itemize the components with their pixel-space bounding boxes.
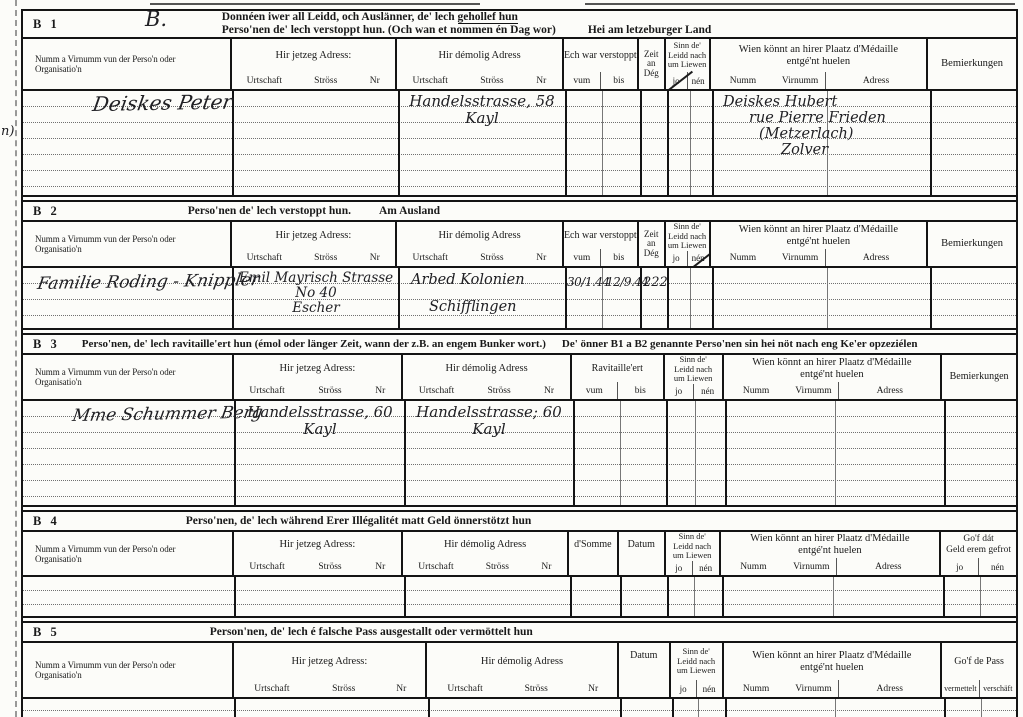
margin-annotation: n) (1, 124, 14, 139)
former-address-header: Hir démolig Adress (403, 355, 570, 382)
ruled-line (23, 481, 1016, 497)
section-b2-column-headers: Numm a Virnumm vun der Perso'n oder Orga… (23, 222, 1016, 268)
numm-label: Numm (711, 72, 776, 89)
section-b5-title-row: B 5 Person'nen, de' lech é falsche Pass … (23, 623, 1016, 643)
column-divider-minor (835, 699, 836, 717)
handwritten-street: Arbed Kolonien (411, 272, 525, 288)
nr-label: Nr (521, 249, 562, 266)
ruled-line (23, 711, 1016, 717)
nr-label: Nr (526, 558, 567, 575)
binding-margin-line (15, 0, 17, 717)
section-b3-column-headers: Numm a Virnumm vun der Perso'n oder Orga… (23, 355, 1016, 401)
wien-line1: Wien könnt an hirer Plaatz d'Médaille (739, 44, 898, 56)
section-b1-label: B 1 (33, 17, 60, 32)
nr-label: Nr (521, 72, 562, 89)
pass-provided-header: Go'f de Pass (942, 643, 1016, 680)
medal-recipient-town: Zolver (781, 142, 886, 158)
section-b2-title-row: B 2 Perso'nen de' lech verstoppt hun. Am… (23, 202, 1016, 222)
liewen-label: um Liewen (668, 60, 706, 70)
name-column-header: Numm a Virnumm vun der Perso'n oder Orga… (23, 222, 230, 266)
column-divider (667, 577, 669, 616)
b4-data-area (23, 577, 1016, 616)
gof-line1: Go'f dát (963, 534, 993, 545)
b1-col-alive: Sinn de' Leidd nach um Liewen jo nén (666, 39, 711, 89)
handwritten-b-mark: B. (145, 7, 167, 31)
resistance-form: B 1 B. Donnéen iwer all Leidd, och Auslä… (21, 9, 1018, 717)
adress-label: Adress (838, 382, 940, 399)
ruled-line (23, 171, 1016, 187)
alive-subheader: jo nén (665, 384, 722, 400)
b1-col-current-address: Hir jetzeg Adress: Urtschaft Ströss Nr (232, 39, 398, 89)
urtschaft-label: Urtschaft (234, 680, 311, 697)
column-divider (428, 699, 430, 717)
nr-label: Nr (377, 680, 425, 697)
adress-label: Adress (825, 72, 926, 89)
remarks-header: Bemierkungen (942, 355, 1016, 399)
ruled-line (23, 605, 1016, 616)
b5-col-medal-recipient: Wien könnt an hirer Plaatz d'Médaille en… (724, 643, 943, 697)
column-divider (620, 699, 622, 717)
handwritten-former-address: Arbed Kolonien Schifflingen (411, 272, 525, 315)
column-divider (570, 577, 572, 616)
urtschaft-label: Urtschaft (232, 249, 297, 266)
b4-col-former-address: Hir démolig Adress Urtschaft Ströss Nr (403, 532, 569, 575)
column-divider-minor (690, 91, 691, 195)
ruled-line (23, 497, 1016, 505)
hidden-period-subheader: vum bis (564, 249, 637, 266)
ruled-line (23, 449, 1016, 465)
name-column-header: Numm a Virnumm vun der Perso'n oder Orga… (23, 532, 232, 575)
column-divider (725, 401, 727, 505)
section-b4: B 4 Perso'nen, de' lech während Erer Ill… (23, 510, 1016, 618)
jo-label: jo (671, 680, 696, 697)
urtschaft-label: Urtschaft (232, 72, 297, 89)
jo-label: jo (666, 72, 687, 89)
liewen-label: um Liewen (673, 551, 711, 561)
section-b1: B 1 B. Donnéen iwer all Leidd, och Auslä… (23, 9, 1016, 197)
section-b1-title: Donnéen iwer all Leidd, och Auslänner, d… (222, 11, 712, 37)
stross-label: Ströss (469, 558, 526, 575)
column-divider-minor (690, 268, 691, 328)
column-divider (666, 401, 668, 505)
wien-line1: Wien könnt an hirer Plaatz d'Médaille (752, 357, 911, 369)
current-address-header: Hir jetzeg Adress: (234, 355, 402, 382)
handwritten-current-address: Handelsstrasse, 60 Kayl (239, 404, 401, 438)
virnumm-label: Virnumm (775, 249, 825, 266)
wien-line2: entgé'nt huelen (787, 236, 850, 248)
alive-header: Sinn de' Leidd nach um Liewen (665, 355, 722, 384)
nr-label: Nr (354, 72, 395, 89)
b5-col-former-address: Hir démolig Adress Urtschaft Ströss Nr (427, 643, 619, 697)
b1-title-line2: Perso'nen de' lech verstoppt hun. (Och w… (222, 24, 712, 37)
stross-label: Ströss (301, 558, 360, 575)
gof-line2: Geld erem gefrot (946, 545, 1011, 556)
current-address-subheader: Urtschaft Ströss Nr (232, 249, 396, 266)
ruled-line (23, 465, 1016, 481)
urtschaft-label: Urtschaft (234, 382, 301, 399)
virnumm-label: Virnumm (789, 382, 839, 399)
nr-label: Nr (359, 558, 401, 575)
former-address-subheader: Urtschaft Ströss Nr (403, 382, 570, 399)
liewen-label: um Liewen (677, 666, 715, 676)
b5-col-current-address: Hir jetzeg Adress: Urtschaft Ströss Nr (234, 643, 428, 697)
scan-artifact (585, 3, 1015, 5)
column-divider (404, 401, 406, 505)
pass-provided-subheader: vermettelt verschäft (942, 680, 1016, 697)
days-header: Zeit an Dég (639, 39, 664, 89)
column-divider (573, 401, 575, 505)
column-divider (725, 699, 727, 717)
stross-label: Ströss (463, 72, 521, 89)
ruled-line (23, 316, 1016, 328)
vermettelt-label: vermettelt (942, 680, 978, 697)
medal-recipient-header: Wien könnt an hirer Plaatz d'Médaille en… (711, 39, 927, 72)
b1-data-area: Deiskes Peter Handelsstrasse, 58 Kayl De… (23, 91, 1016, 195)
b2-col-days: Zeit an Dég (639, 222, 666, 266)
days-header: Zeit an Dég (639, 222, 664, 266)
wien-line1: Wien könnt an hirer Plaatz d'Médaille (739, 224, 898, 236)
b3-data-area: Mme Schummer Berg Handelsstrasse, 60 Kay… (23, 401, 1016, 505)
b2-col-remarks: Bemierkungen (928, 222, 1016, 266)
former-address-subheader: Urtschaft Ströss Nr (397, 249, 562, 266)
column-divider (930, 91, 932, 195)
column-divider-minor (980, 577, 981, 616)
handwritten-date-from: 30/1.44 (567, 275, 610, 289)
handwritten-former-address: Handelsstrasse; 60 Kayl (409, 404, 569, 438)
b3-col-alive: Sinn de' Leidd nach um Liewen jo nén (665, 355, 724, 399)
b1-col-remarks: Bemierkungen (928, 39, 1016, 89)
date-header: Datum (619, 532, 664, 575)
medal-recipient-subheader: Numm Virnumm Adress (711, 72, 927, 89)
column-divider (565, 91, 567, 195)
section-b4-column-headers: Numm a Virnumm vun der Perso'n oder Orga… (23, 532, 1016, 577)
column-divider (722, 577, 724, 616)
b3-col-name: Numm a Virnumm vun der Perso'n oder Orga… (23, 355, 234, 399)
deg-label: Dég (644, 69, 659, 79)
former-address-subheader: Urtschaft Ströss Nr (397, 72, 562, 89)
medal-recipient-header: Wien könnt an hirer Plaatz d'Médaille en… (721, 532, 940, 558)
handwritten-street: Handelsstrasse, 58 (403, 93, 561, 110)
b4-col-amount: d'Somme (569, 532, 619, 575)
ruled-line (23, 187, 1016, 195)
section-b2-title-right: Am Ausland (379, 205, 440, 217)
bis-label: bis (600, 72, 637, 89)
wien-line1: Wien könnt an hirer Plaatz d'Médaille (750, 533, 909, 545)
medal-recipient-subheader: Numm Virnumm Adress (711, 249, 927, 266)
vum-label: vum (572, 382, 617, 399)
alive-header: Sinn de' Leidd nach um Liewen (666, 39, 709, 72)
b1-col-name: Numm a Virnumm vun der Perso'n oder Orga… (23, 39, 232, 89)
b1-col-former-address: Hir démolig Adress Urtschaft Ströss Nr (397, 39, 564, 89)
b3-col-supplied-period: Ravitaille'ert vum bis (572, 355, 665, 399)
jo-label: jo (666, 251, 687, 267)
current-address-subheader: Urtschaft Ströss Nr (234, 680, 426, 697)
b2-col-hidden-period: Ech war verstoppt vum bis (564, 222, 639, 266)
former-address-subheader: Urtschaft Ströss Nr (427, 680, 617, 697)
amount-header: d'Somme (569, 532, 617, 575)
b3-col-current-address: Hir jetzeg Adress: Urtschaft Ströss Nr (234, 355, 404, 399)
numm-label: Numm (724, 382, 789, 399)
column-divider-minor (620, 401, 621, 505)
name-column-header: Numm a Virnumm vun der Perso'n oder Orga… (23, 355, 232, 399)
former-address-header: Hir démolig Adress (397, 222, 562, 249)
b1-title-line1-text: Donnéen iwer all Leidd, och Auslänner, d… (222, 11, 458, 23)
column-divider-minor (698, 699, 699, 717)
section-b3-title-row: B 3 Perso'nen, de' lech ravitaille'ert h… (23, 335, 1016, 355)
section-b2-title: Perso'nen de' lech verstoppt hun. (188, 205, 351, 217)
urtschaft-label: Urtschaft (403, 382, 470, 399)
current-address-header: Hir jetzeg Adress: (232, 222, 396, 249)
b1-col-medal-recipient: Wien könnt an hirer Plaatz d'Médaille en… (711, 39, 929, 89)
column-divider (930, 268, 932, 328)
date-header: Datum (619, 643, 669, 697)
section-b3-title: Perso'nen, de' lech ravitaille'ert hun (… (82, 338, 546, 350)
alive-subheader: jo nén (671, 680, 722, 697)
column-divider (234, 577, 236, 616)
b1-col-hidden-period: Ech war verstoppt vum bis (564, 39, 639, 89)
scanned-form-page: n) B 1 B. Donnéen iwer all Leidd, och Au… (0, 0, 1023, 717)
stross-label: Ströss (503, 680, 569, 697)
stross-label: Ströss (301, 382, 360, 399)
medal-recipient-header: Wien könnt an hirer Plaatz d'Médaille en… (711, 222, 927, 249)
wien-line1: Wien könnt an hirer Plaatz d'Médaille (752, 650, 911, 662)
b2-col-medal-recipient: Wien könnt an hirer Plaatz d'Médaille en… (711, 222, 929, 266)
column-divider-minor (827, 268, 828, 328)
section-b4-title-row: B 4 Perso'nen, de' lech während Erer Ill… (23, 512, 1016, 532)
medal-recipient-subheader: Numm Virnumm Adress (724, 382, 941, 399)
former-address-subheader: Urtschaft Ströss Nr (403, 558, 567, 575)
section-b5-label: B 5 (33, 625, 60, 640)
column-divider (672, 699, 674, 717)
supplied-period-subheader: vum bis (572, 382, 663, 399)
b4-col-alive: Sinn de' Leidd nach um Liewen jo nén (666, 532, 721, 575)
b2-col-current-address: Hir jetzeg Adress: Urtschaft Ströss Nr (232, 222, 398, 266)
section-b5: B 5 Person'nen, de' lech é falsche Pass … (23, 621, 1016, 717)
alive-subheader: jo nén (666, 561, 719, 576)
column-divider (712, 268, 714, 328)
column-divider (398, 91, 400, 195)
numm-label: Numm (721, 558, 787, 575)
column-divider (712, 91, 714, 195)
urtschaft-label: Urtschaft (397, 249, 463, 266)
numm-label: Numm (724, 680, 789, 697)
column-divider (398, 268, 400, 328)
b5-col-name: Numm a Virnumm vun der Perso'n oder Orga… (23, 643, 234, 697)
handwritten-street: Handelsstrasse, 60 (239, 404, 401, 421)
adress-label: Adress (836, 558, 939, 575)
nr-label: Nr (354, 249, 395, 266)
virnumm-label: Virnumm (789, 680, 839, 697)
stross-label: Ströss (297, 72, 354, 89)
nen-label: nén (693, 384, 722, 400)
b2-col-name: Numm a Virnumm vun der Perso'n oder Orga… (23, 222, 232, 266)
numm-label: Numm (711, 249, 776, 266)
alive-header: Sinn de' Leidd nach um Liewen (666, 222, 709, 251)
adress-label: Adress (825, 249, 926, 266)
handwritten-town: Kayl (403, 110, 561, 127)
wien-line2: entgé'nt huelen (798, 545, 861, 557)
b4-col-current-address: Hir jetzeg Adress: Urtschaft Ströss Nr (234, 532, 404, 575)
b4-col-date: Datum (619, 532, 666, 575)
handwritten-town: Kayl (409, 421, 569, 438)
b1-col-days: Zeit an Dég (639, 39, 666, 89)
current-address-subheader: Urtschaft Ströss Nr (234, 382, 402, 399)
stross-label: Ströss (463, 249, 521, 266)
adress-label: Adress (838, 680, 940, 697)
column-divider-minor (833, 577, 834, 616)
column-divider (640, 91, 642, 195)
handwritten-street: Emil Mayrisch Strasse (237, 271, 395, 286)
former-address-header: Hir démolig Adress (403, 532, 567, 558)
nen-label: nén (692, 561, 719, 576)
liewen-label: um Liewen (674, 374, 712, 384)
former-address-header: Hir démolig Adress (427, 643, 617, 680)
b4-col-money-returned: Go'f dát Geld erem gefrot jo nén (941, 532, 1016, 575)
medal-recipient-name: Deiskes Hubert (723, 94, 886, 110)
jo-label: jo (941, 558, 978, 575)
jo-label: jo (665, 384, 693, 400)
ruled-line (23, 591, 1016, 605)
column-divider (944, 699, 946, 717)
stross-label: Ströss (310, 680, 377, 697)
medal-recipient-street: rue Pierre Frieden (749, 110, 886, 126)
bis-label: bis (617, 382, 663, 399)
nr-label: Nr (528, 382, 570, 399)
section-b5-column-headers: Numm a Virnumm vun der Perso'n oder Orga… (23, 643, 1016, 699)
alive-header: Sinn de' Leidd nach um Liewen (666, 532, 719, 561)
nen-label: nén (978, 558, 1016, 575)
urtschaft-label: Urtschaft (397, 72, 463, 89)
current-address-subheader: Urtschaft Ströss Nr (232, 72, 396, 89)
handwritten-name: Deiskes Peter (91, 91, 234, 116)
column-divider-minor (981, 699, 982, 717)
urtschaft-label: Urtschaft (427, 680, 503, 697)
b5-data-area (23, 699, 1016, 717)
b1-title-line1: Donnéen iwer all Leidd, och Auslänner, d… (222, 11, 712, 24)
nen-label: nén (696, 680, 722, 697)
handwritten-town: Escher (237, 301, 395, 316)
handwritten-name: Familie Roding - Knippler (36, 270, 261, 294)
medal-recipient-subheader: Numm Virnumm Adress (721, 558, 940, 575)
handwritten-days-count: 222 (643, 275, 668, 290)
current-address-subheader: Urtschaft Ströss Nr (234, 558, 402, 575)
hidden-period-subheader: vum bis (564, 72, 637, 89)
current-address-header: Hir jetzeg Adress: (234, 643, 426, 680)
b1-title-underlined: gehollef hun (458, 11, 518, 24)
section-b2: B 2 Perso'nen de' lech verstoppt hun. Am… (23, 200, 1016, 330)
vum-label: vum (564, 249, 600, 266)
handwritten-medal-recipient: Deiskes Hubert rue Pierre Frieden (Metze… (723, 94, 886, 158)
scan-artifact (150, 3, 480, 5)
money-returned-subheader: jo nén (941, 558, 1016, 575)
column-divider (404, 577, 406, 616)
handwritten-former-address: Handelsstrasse, 58 Kayl (403, 93, 561, 127)
b5-col-pass-provided: Go'f de Pass vermettelt verschäft (942, 643, 1016, 697)
column-divider (234, 699, 236, 717)
vum-label: vum (564, 72, 600, 89)
ruled-line (23, 577, 1016, 591)
handwritten-street: Handelsstrasse; 60 (409, 404, 569, 421)
b2-data-area: Familie Roding - Knippler Emil Mayrisch … (23, 268, 1016, 328)
deg-label: Dég (644, 249, 659, 259)
handwritten-number: No 40 (237, 286, 395, 301)
handwritten-current-address: Emil Mayrisch Strasse No 40 Escher (237, 271, 395, 316)
money-returned-header: Go'f dát Geld erem gefrot (941, 532, 1016, 558)
handwritten-town: Schifflingen (429, 299, 525, 315)
current-address-header: Hir jetzeg Adress: (232, 39, 396, 72)
column-divider (943, 577, 945, 616)
b3-col-medal-recipient: Wien könnt an hirer Plaatz d'Médaille en… (724, 355, 943, 399)
stross-label: Ströss (297, 249, 354, 266)
former-address-header: Hir démolig Adress (397, 39, 562, 72)
nr-label: Nr (359, 382, 401, 399)
section-b1-column-headers: Numm a Virnumm vun der Perso'n oder Orga… (23, 39, 1016, 91)
remarks-header: Bemierkungen (928, 39, 1016, 89)
alive-header: Sinn de' Leidd nach um Liewen (671, 643, 722, 680)
column-divider-minor (602, 91, 603, 195)
b1-title-line2-text: Perso'nen de' lech verstoppt hun. (Och w… (222, 24, 556, 36)
bis-label: bis (600, 249, 637, 266)
medal-recipient-header: Wien könnt an hirer Plaatz d'Médaille en… (724, 643, 941, 680)
virnumm-label: Virnumm (775, 72, 825, 89)
medal-recipient-subheader: Numm Virnumm Adress (724, 680, 941, 697)
handwritten-name: Mme Schummer Berg (71, 403, 264, 426)
verschaft-label: verschäft (979, 680, 1016, 697)
handwritten-town: Kayl (239, 421, 401, 438)
b4-col-name: Numm a Virnumm vun der Perso'n oder Orga… (23, 532, 234, 575)
b2-col-former-address: Hir démolig Adress Urtschaft Ströss Nr (397, 222, 564, 266)
section-b3: B 3 Perso'nen, de' lech ravitaille'ert h… (23, 333, 1016, 507)
b3-col-remarks: Bemierkungen (942, 355, 1016, 399)
column-divider (667, 91, 669, 195)
urtschaft-label: Urtschaft (234, 558, 301, 575)
wien-line2: entgé'nt huelen (800, 662, 863, 674)
ruled-line (23, 699, 1016, 711)
stross-label: Ströss (470, 382, 528, 399)
current-address-header: Hir jetzeg Adress: (234, 532, 402, 558)
section-b4-label: B 4 (33, 514, 60, 529)
jo-label: jo (666, 561, 692, 576)
section-b1-title-row: B 1 B. Donnéen iwer all Leidd, och Auslä… (23, 11, 1016, 39)
b5-col-alive: Sinn de' Leidd nach um Liewen jo nén (671, 643, 724, 697)
hidden-period-header: Ech war verstoppt (564, 222, 637, 249)
column-divider-minor (694, 577, 695, 616)
supplied-period-header: Ravitaille'ert (572, 355, 663, 382)
b4-col-medal-recipient: Wien könnt an hirer Plaatz d'Médaille en… (721, 532, 942, 575)
column-divider-minor (695, 401, 696, 505)
remarks-header: Bemierkungen (928, 222, 1016, 266)
column-divider (944, 401, 946, 505)
section-b2-label: B 2 (33, 204, 60, 219)
urtschaft-label: Urtschaft (403, 558, 468, 575)
wien-line2: entgé'nt huelen (787, 56, 850, 68)
b5-col-date: Datum (619, 643, 671, 697)
wien-line2: entgé'nt huelen (800, 369, 863, 381)
column-divider (232, 91, 234, 195)
b2-col-alive: Sinn de' Leidd nach um Liewen jo nén (666, 222, 711, 266)
medal-recipient-header: Wien könnt an hirer Plaatz d'Médaille en… (724, 355, 941, 382)
medal-recipient-locality: (Metzerlach) (759, 126, 886, 142)
virnumm-label: Virnumm (786, 558, 836, 575)
section-b3-title-2: De' önner B1 a B2 genannte Perso'nen sin… (562, 338, 918, 350)
name-column-header: Numm a Virnumm vun der Perso'n oder Orga… (23, 39, 230, 89)
section-b4-title: Perso'nen, de' lech während Erer Illégal… (186, 515, 532, 527)
b1-title-line2-right: Hei am letzeburger Land (588, 24, 711, 36)
b3-col-former-address: Hir démolig Adress Urtschaft Ströss Nr (403, 355, 572, 399)
column-divider-minor (835, 401, 836, 505)
nr-label: Nr (569, 680, 616, 697)
section-b3-label: B 3 (33, 337, 60, 352)
